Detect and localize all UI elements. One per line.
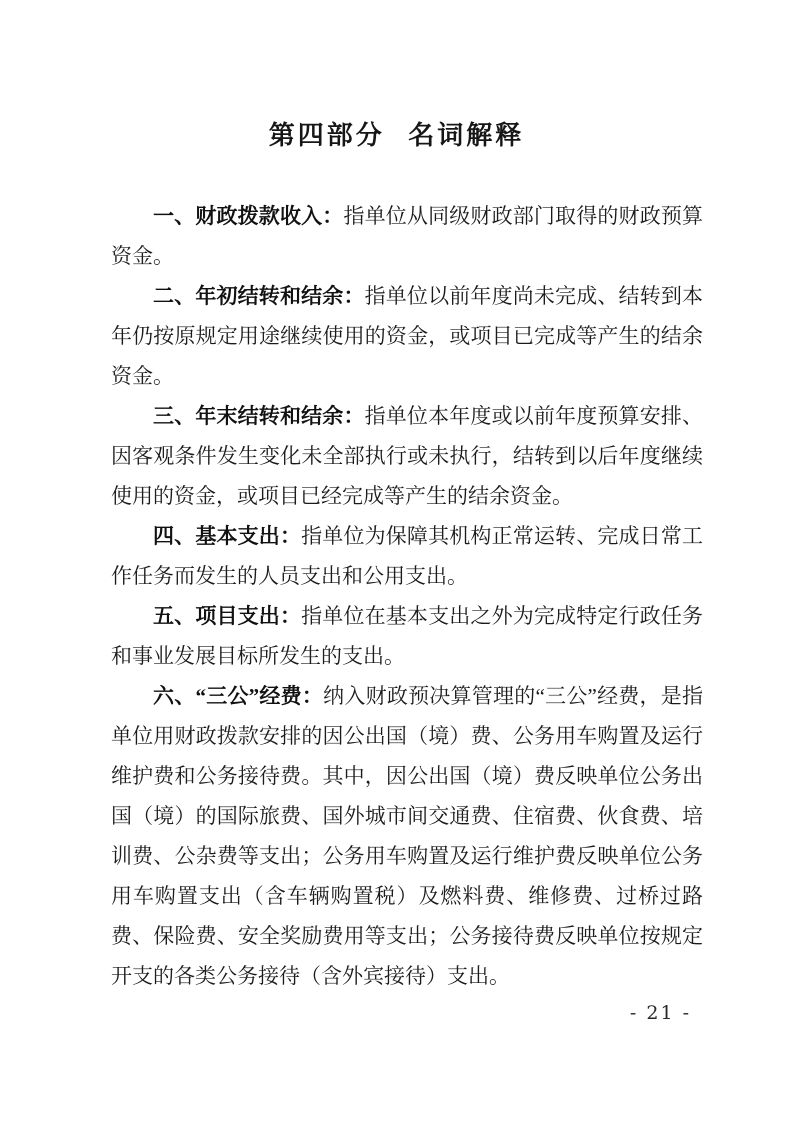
document-page: 第四部分 名词解释 一、财政拨款收入：指单位从同级财政部门取得的财政预算资金。 … <box>0 0 793 1122</box>
definition-paragraph: 五、项目支出：指单位在基本支出之外为完成特定行政任务和事业发展目标所发生的支出。 <box>111 596 703 676</box>
definition-term: 二、年初结转和结余： <box>153 284 365 308</box>
page-title: 第四部分 名词解释 <box>0 116 793 156</box>
definition-term: 三、年末结转和结余： <box>153 404 365 428</box>
definition-term: 六、“三公”经费： <box>153 684 323 708</box>
definition-paragraph: 一、财政拨款收入：指单位从同级财政部门取得的财政预算资金。 <box>111 196 703 276</box>
definition-body: 纳入财政预决算管理的“三公”经费，是指单位用财政拨款安排的因公出国（境）费、公务… <box>111 684 703 988</box>
definition-paragraph: 二、年初结转和结余：指单位以前年度尚未完成、结转到本年仍按原规定用途继续使用的资… <box>111 276 703 396</box>
definition-paragraph: 六、“三公”经费：纳入财政预决算管理的“三公”经费，是指单位用财政拨款安排的因公… <box>111 676 703 996</box>
page-number: - 21 - <box>630 1002 691 1024</box>
definitions-section: 一、财政拨款收入：指单位从同级财政部门取得的财政预算资金。 二、年初结转和结余：… <box>111 196 703 996</box>
definition-term: 一、财政拨款收入： <box>153 204 343 228</box>
definition-term: 五、项目支出： <box>153 604 301 628</box>
definition-paragraph: 四、基本支出：指单位为保障其机构正常运转、完成日常工作任务而发生的人员支出和公用… <box>111 516 703 596</box>
definition-term: 四、基本支出： <box>153 524 301 548</box>
definition-paragraph: 三、年末结转和结余：指单位本年度或以前年度预算安排、因客观条件发生变化未全部执行… <box>111 396 703 516</box>
